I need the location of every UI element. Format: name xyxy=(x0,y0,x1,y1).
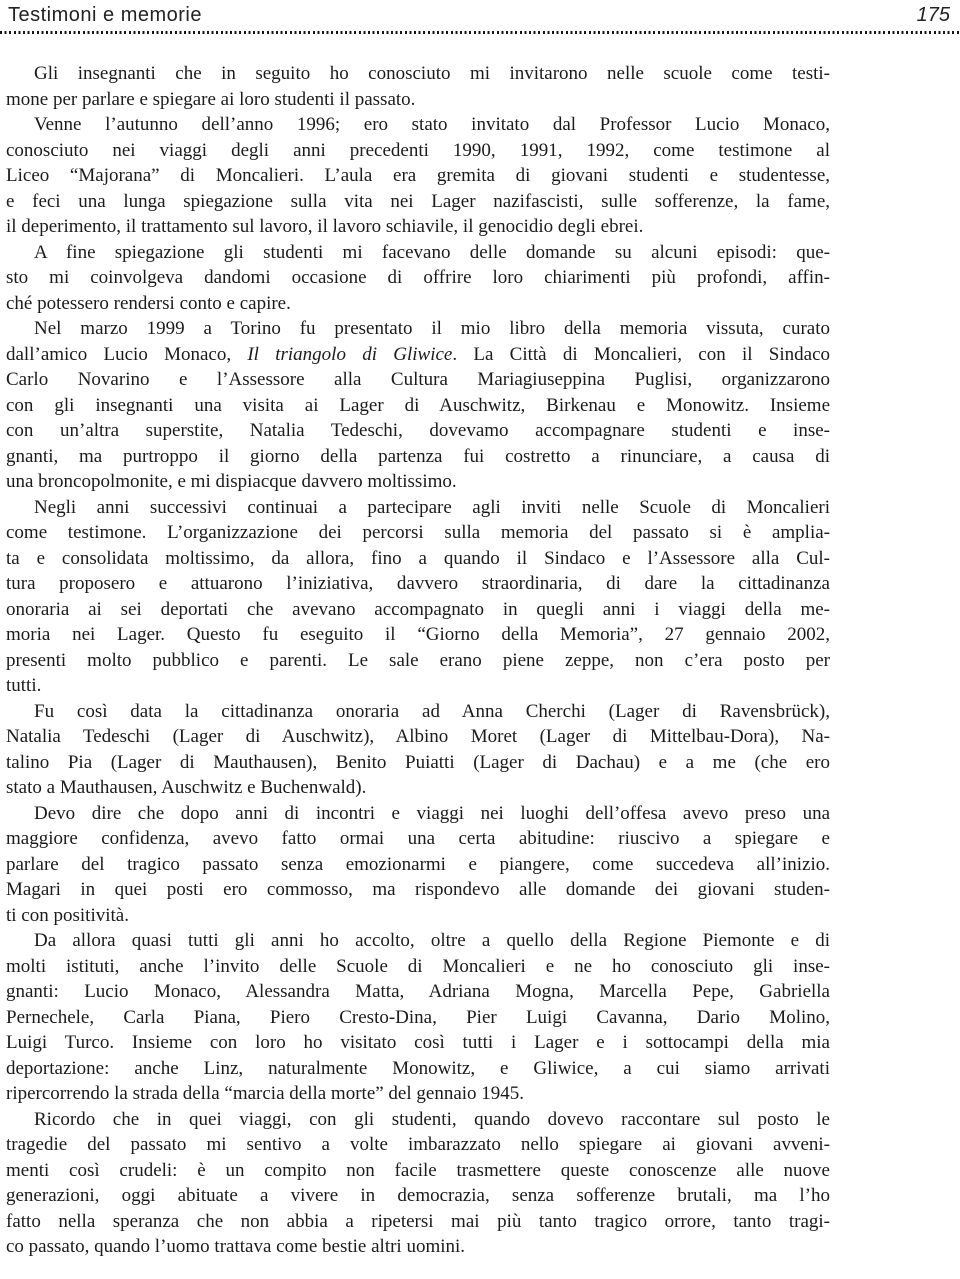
text-line: sto mi coinvolgeva dandomi occasione di … xyxy=(6,265,830,291)
text-line: generazioni, oggi abituate a vivere in d… xyxy=(6,1183,830,1209)
text-line: deportazione: anche Linz, naturalmente M… xyxy=(6,1056,830,1082)
text-line: una broncopolmonite, e mi dispiacque dav… xyxy=(6,469,830,495)
running-header: Testimoni e memorie 175 xyxy=(8,4,950,30)
text-line: presenti molto pubblico e parenti. Le sa… xyxy=(6,648,830,674)
document-page: Testimoni e memorie 175 Gli insegnanti c… xyxy=(0,0,960,1279)
text-line: gnanti, ma purtroppo il giorno della par… xyxy=(6,444,830,470)
text-line: con un’altra superstite, Natalia Tedesch… xyxy=(6,418,830,444)
text-line: tura proposero e attuarono l’iniziativa,… xyxy=(6,571,830,597)
text-line: Magari in quei posti ero commosso, ma ri… xyxy=(6,877,830,903)
text-line: onoraria ai sei deportati che avevano ac… xyxy=(6,597,830,623)
text-line: Nel marzo 1999 a Torino fu presentato il… xyxy=(6,316,830,342)
text-line: con gli insegnanti una visita ai Lager d… xyxy=(6,393,830,419)
text-line: ta e consolidata moltissimo, da allora, … xyxy=(6,546,830,572)
text-line: Ricordo che in quei viaggi, con gli stud… xyxy=(6,1107,830,1133)
text-line: il deperimento, il trattamento sul lavor… xyxy=(6,214,830,240)
text-line: Da allora quasi tutti gli anni ho accolt… xyxy=(6,928,830,954)
text-line: molti istituti, anche l’invito delle Scu… xyxy=(6,954,830,980)
text-line: co passato, quando l’uomo trattava come … xyxy=(6,1234,830,1260)
text-line: e feci una lunga spiegazione sulla vita … xyxy=(6,189,830,215)
text-line: Gli insegnanti che in seguito ho conosci… xyxy=(6,61,830,87)
text-line: A fine spiegazione gli studenti mi facev… xyxy=(6,240,830,266)
text-line: conosciuto nei viaggi degli anni precede… xyxy=(6,138,830,164)
text-line: Pernechele, Carla Piana, Piero Cresto-Di… xyxy=(6,1005,830,1031)
text-line: maggiore confidenza, avevo fatto ormai u… xyxy=(6,826,830,852)
text-line: Luigi Turco. Insieme con loro ho visitat… xyxy=(6,1030,830,1056)
text-line: come testimone. L’organizzazione dei per… xyxy=(6,520,830,546)
text-line: dall’amico Lucio Monaco, Il triangolo di… xyxy=(6,342,830,368)
body-text: Gli insegnanti che in seguito ho conosci… xyxy=(6,61,830,1260)
text-line: Negli anni successivi continuai a partec… xyxy=(6,495,830,521)
text-line: parlare del tragico passato senza emozio… xyxy=(6,852,830,878)
text-line: menti così crudeli: è un compito non fac… xyxy=(6,1158,830,1184)
text-line: Natalia Tedeschi (Lager di Auschwitz), A… xyxy=(6,724,830,750)
text-line: tragedie del passato mi sentivo a volte … xyxy=(6,1132,830,1158)
text-line: Liceo “Majorana” di Moncalieri. L’aula e… xyxy=(6,163,830,189)
text-line: talino Pia (Lager di Mauthausen), Benito… xyxy=(6,750,830,776)
text-line: mone per parlare e spiegare ai loro stud… xyxy=(6,87,830,113)
text-line: ché potessero rendersi conto e capire. xyxy=(6,291,830,317)
text-line: Fu così data la cittadinanza onoraria ad… xyxy=(6,699,830,725)
text-line: Carlo Novarino e l’Assessore alla Cultur… xyxy=(6,367,830,393)
text-line: Devo dire che dopo anni di incontri e vi… xyxy=(6,801,830,827)
text-line: Venne l’autunno dell’anno 1996; ero stat… xyxy=(6,112,830,138)
text-line: moria nei Lager. Questo fu eseguito il “… xyxy=(6,622,830,648)
text-line: tutti. xyxy=(6,673,830,699)
dotted-divider xyxy=(0,31,960,34)
text-line: gnanti: Lucio Monaco, Alessandra Matta, … xyxy=(6,979,830,1005)
text-line: ripercorrendo la strada della “marcia de… xyxy=(6,1081,830,1107)
page-header-title: Testimoni e memorie xyxy=(8,4,202,27)
text-line: stato a Mauthausen, Auschwitz e Buchenwa… xyxy=(6,775,830,801)
text-line: ti con positività. xyxy=(6,903,830,929)
page-number: 175 xyxy=(917,4,950,27)
text-line: fatto nella speranza che non abbia a rip… xyxy=(6,1209,830,1235)
